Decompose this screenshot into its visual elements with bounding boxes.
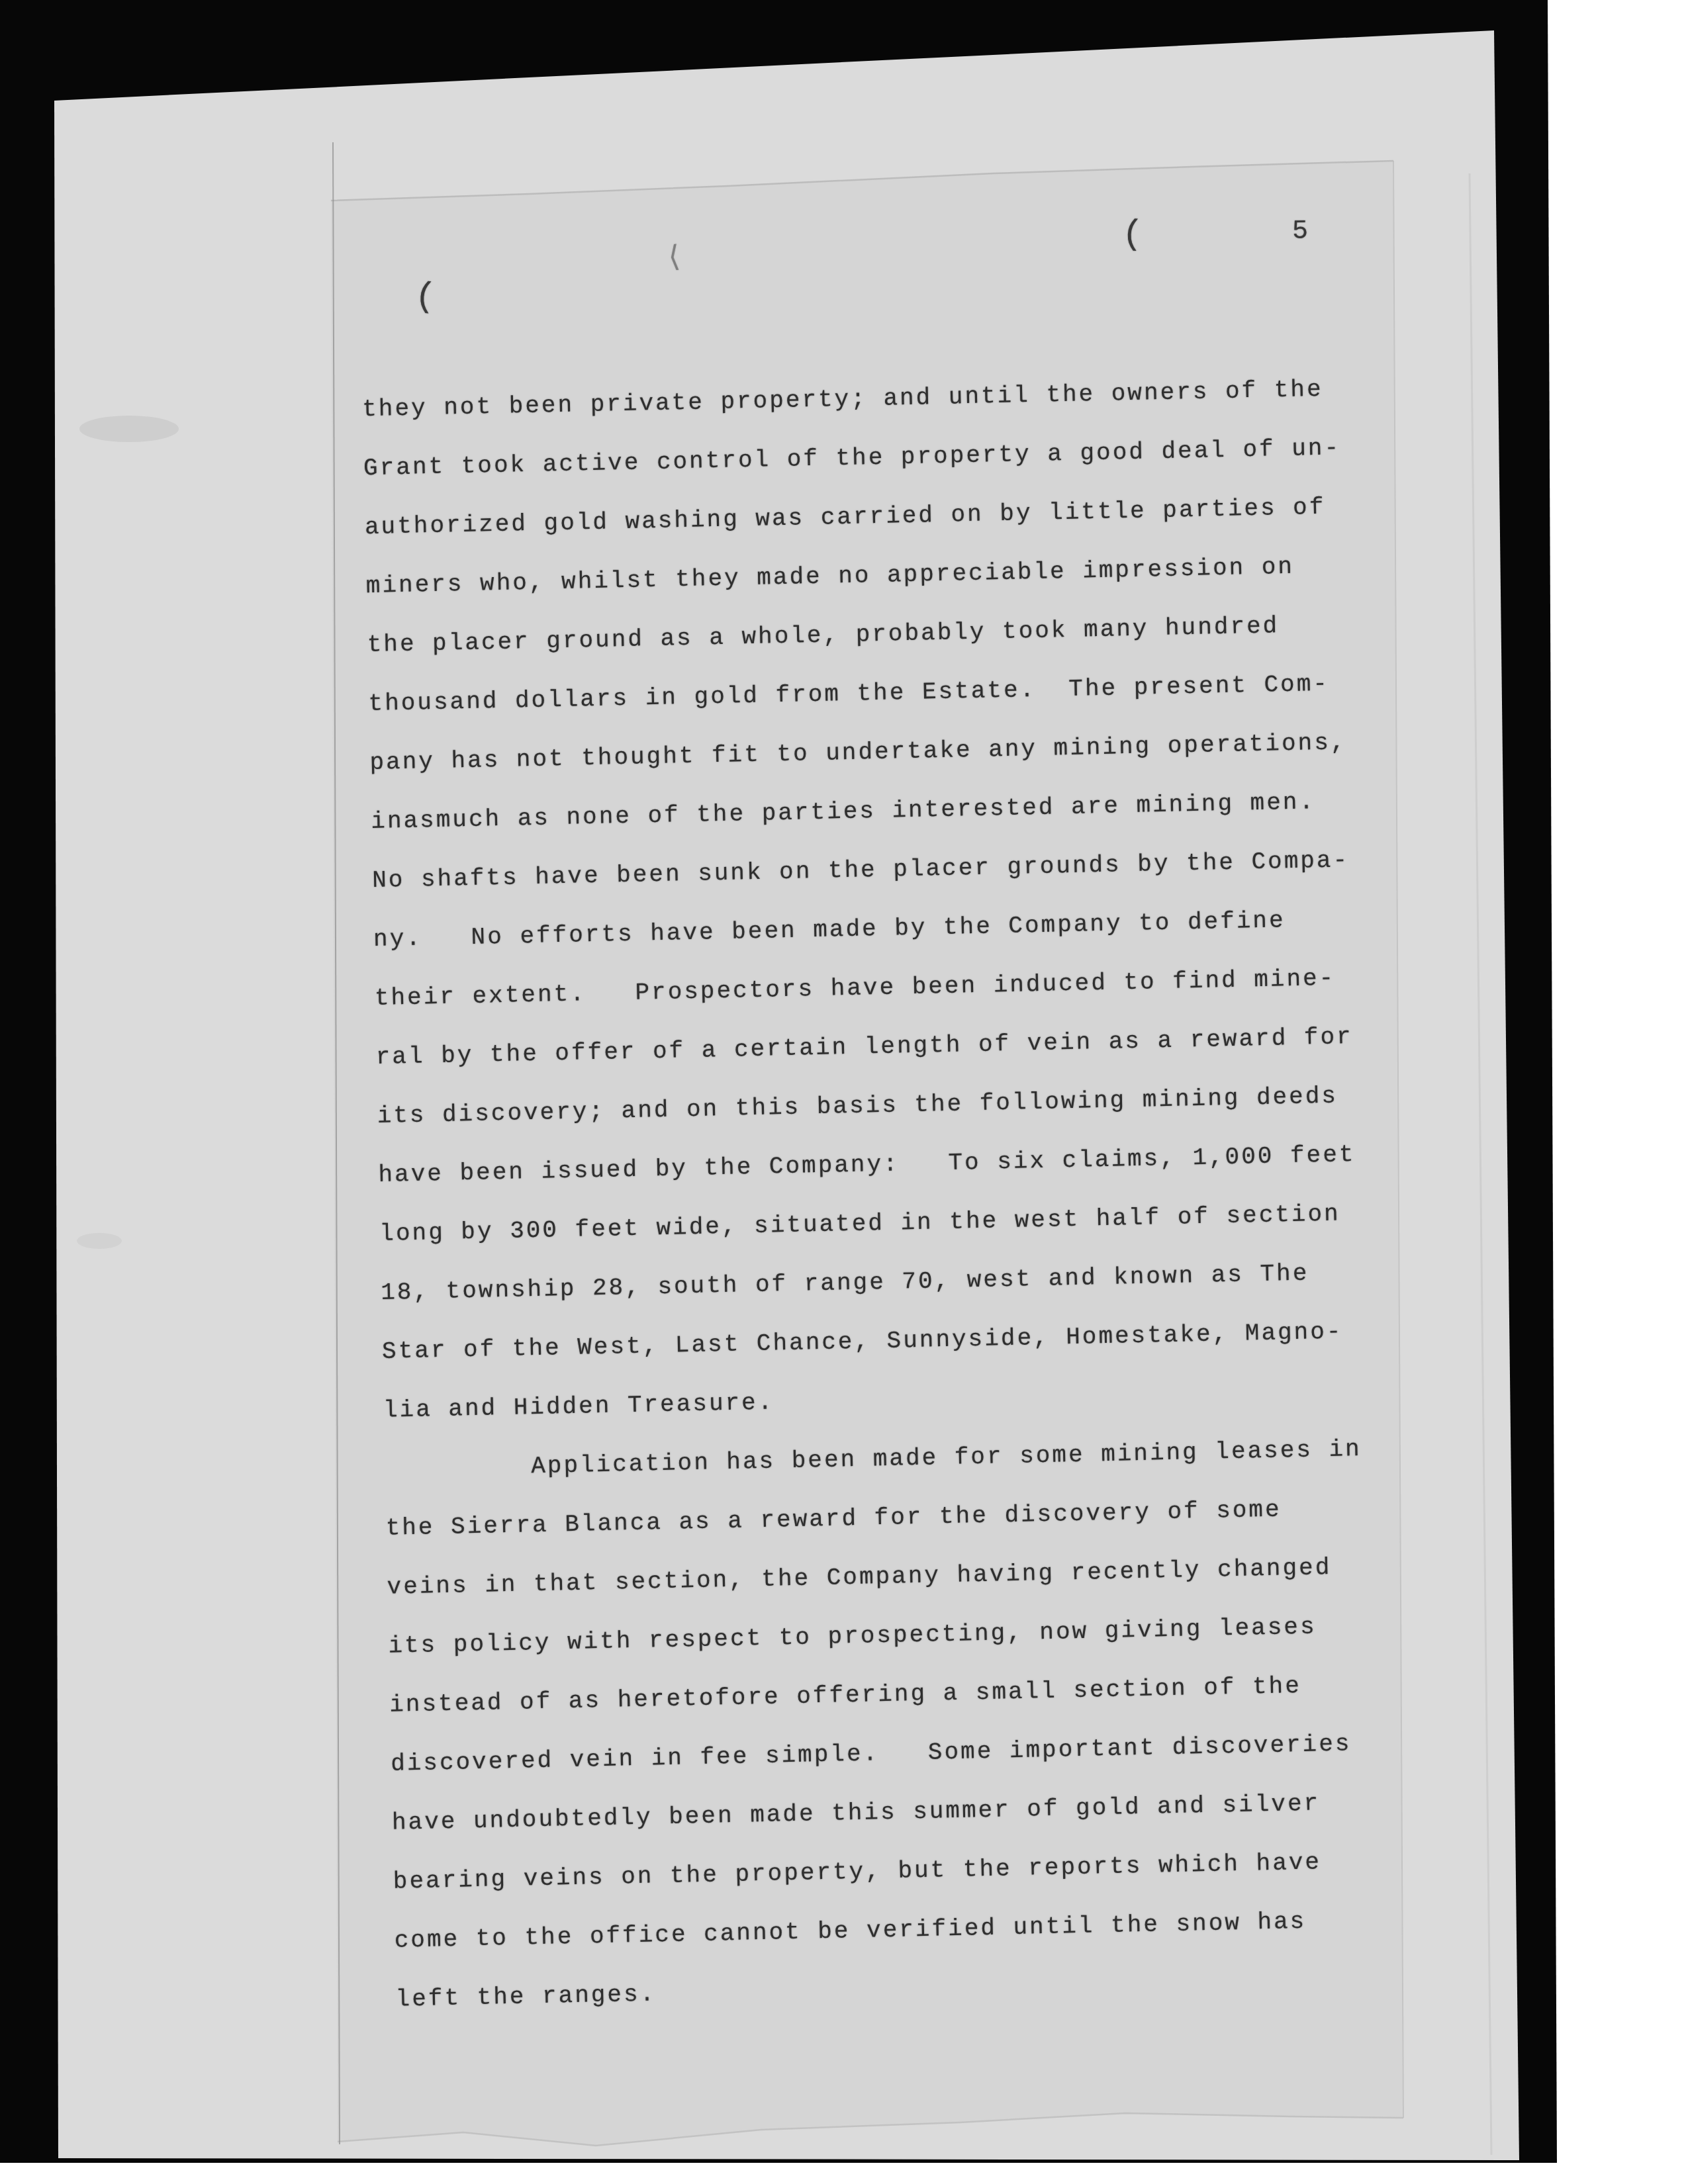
page-number: 5 (1292, 216, 1309, 246)
pen-mark-icon: ( (413, 277, 437, 317)
pen-mark-icon: ( (1121, 214, 1144, 254)
smudge (79, 416, 179, 442)
typed-lines: they not been private property; and unti… (361, 359, 1429, 2029)
smudge (77, 1233, 122, 1249)
pen-mark-icon: ⟨ (664, 239, 684, 276)
page-content: 5 ( ( ⟨ they not been private property; … (334, 156, 1447, 2130)
scanned-document-page: 5 ( ( ⟨ they not been private property; … (0, 0, 1688, 2184)
